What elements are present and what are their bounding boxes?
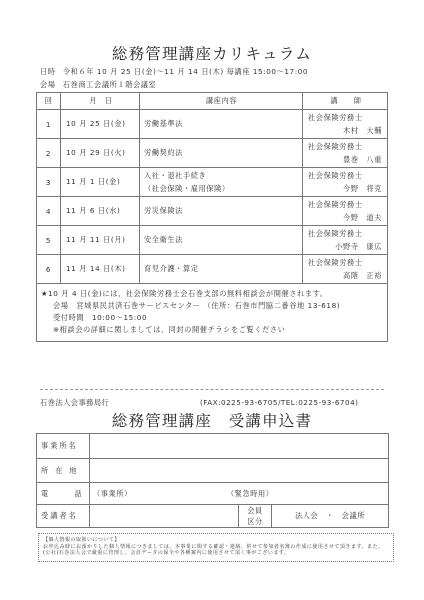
application-form: 事業所名 所在地 電 話 （事業所） （緊急時用） 受講者名 会員 区分 法人会… — [36, 433, 389, 528]
date-label: 日時 — [40, 67, 60, 77]
table-row: 4 11 月 6 日(水) 労災保険法 社会保険労務士 今野 道夫 — [37, 197, 388, 226]
session-date: 10 月 29 日(火) — [61, 139, 140, 168]
member-category-label: 会員 区分 — [239, 505, 272, 528]
table-row: 6 11 月 14 日(木) 育児介護・算定 社会保険労務士 高階 正裕 — [37, 255, 388, 284]
phone-label-char-2: 話 — [75, 489, 82, 499]
header-topic: 講座内容 — [140, 93, 303, 110]
form-row-phone: 電 話 （事業所） （緊急時用） — [37, 483, 389, 505]
phone-label: 電 話 — [37, 483, 90, 505]
schedule-line: 日時 令和６年 10 月 25 日(金)～11 月 14 日(木) 毎講座 15… — [40, 67, 308, 77]
session-lecturer: 社会保険労務士 小野寺 康広 — [303, 226, 388, 255]
date-value: 令和６年 10 月 25 日(金)～11 月 14 日(木) 毎講座 15:00… — [63, 67, 308, 76]
session-topic: 育児介護・算定 — [140, 255, 303, 284]
lecturer-name: 小野寺 康広 — [308, 242, 384, 252]
session-no: 5 — [37, 226, 61, 255]
lecturer-title: 社会保険労務士 — [308, 229, 384, 239]
session-lecturer: 社会保険労務士 木村 大輔 — [303, 110, 388, 139]
session-topic: 安全衛生法 — [140, 226, 303, 255]
phone-emergency-label: （緊急時用） — [227, 489, 274, 498]
lecturer-title: 社会保険労務士 — [308, 258, 384, 268]
lecturer-name: 高階 正裕 — [308, 271, 384, 281]
phone-field[interactable]: （事業所） （緊急時用） — [90, 483, 389, 505]
header-no: 回 — [37, 93, 61, 110]
session-lecturer: 社会保険労務士 今野 道夫 — [303, 197, 388, 226]
session-date: 11 月 14 日(木) — [61, 255, 140, 284]
header-lecturer: 講 師 — [303, 93, 388, 110]
notice-line-4: ※相談会の詳細に関しましては、同封の開催チラシをご覧ください — [41, 324, 383, 336]
office-addressee: 石巻法人会事務局行 — [40, 398, 109, 408]
lecturer-name: 豊巻 八重 — [308, 155, 384, 165]
notice-row: ★10 月 4 日(金)には、社会保険労務士会石巻支部の無料相談会が開催されます… — [37, 284, 388, 342]
attendee-label: 受講者名 — [37, 505, 90, 528]
lecturer-title: 社会保険労務士 — [308, 171, 384, 181]
session-topic: 労働契約法 — [140, 139, 303, 168]
business-name-label: 事業所名 — [37, 434, 90, 459]
attendee-field[interactable] — [90, 505, 239, 528]
table-row: 3 11 月 1 日(金) 入社・退社手続き （社会保険・雇用保険） 社会保険労… — [37, 168, 388, 197]
session-topic: 労災保険法 — [140, 197, 303, 226]
phone-label-char-1: 電 — [41, 489, 48, 499]
consultation-notice: ★10 月 4 日(金)には、社会保険労務士会石巻支部の無料相談会が開催されます… — [37, 284, 388, 342]
table-header-row: 回 月 日 講座内容 講 師 — [37, 93, 388, 110]
session-no: 1 — [37, 110, 61, 139]
session-lecturer: 社会保険労務士 高階 正裕 — [303, 255, 388, 284]
topic-line-2: （社会保険・雇用保険） — [144, 184, 299, 194]
lecturer-name: 今野 将克 — [308, 184, 384, 194]
notice-line-2: 会場 宮城県民共済石巻サービスセンター （住所：石巻市門脇二番谷地 13-618… — [41, 300, 383, 312]
session-date: 10 月 25 日(金) — [61, 110, 140, 139]
member-label-line-2: 区分 — [242, 516, 268, 527]
address-field[interactable] — [90, 459, 389, 483]
session-lecturer: 社会保険労務士 豊巻 八重 — [303, 139, 388, 168]
address-label: 所在地 — [37, 459, 90, 483]
venue-label: 会場 — [40, 80, 60, 90]
notice-line-1: ★10 月 4 日(金)には、社会保険労務士会石巻支部の無料相談会が開催されます… — [41, 288, 383, 300]
member-category-options[interactable]: 法人会 ・ 会議所 — [272, 505, 389, 528]
privacy-notice: 【個人情報の取扱いについて】 お申込み時にお預かりした個人情報につきましては、本… — [38, 533, 394, 562]
header-date: 月 日 — [61, 93, 140, 110]
lecturer-name: 今野 道夫 — [308, 213, 384, 223]
curriculum-title: 総務管理講座カリキュラム — [0, 42, 424, 64]
notice-line-3: 受付時間 10:00～15:00 — [41, 312, 383, 324]
session-date: 11 月 6 日(水) — [61, 197, 140, 226]
lecturer-title: 社会保険労務士 — [308, 200, 384, 210]
form-row-attendee: 受講者名 会員 区分 法人会 ・ 会議所 — [37, 505, 389, 528]
lecturer-title: 社会保険労務士 — [308, 142, 384, 152]
table-row: 2 10 月 29 日(火) 労働契約法 社会保険労務士 豊巻 八重 — [37, 139, 388, 168]
application-title: 総務管理講座 受講申込書 — [0, 409, 424, 431]
session-topic: 労働基準法 — [140, 110, 303, 139]
business-name-field[interactable] — [90, 434, 389, 459]
curriculum-table: 回 月 日 講座内容 講 師 1 10 月 25 日(金) 労働基準法 社会保険… — [36, 92, 388, 342]
cut-line-divider — [40, 389, 384, 390]
privacy-body: お申込み時にお預かりした個人情報につきましては、本事業に関する確認・連絡、併せて… — [43, 544, 389, 557]
session-no: 2 — [37, 139, 61, 168]
session-lecturer: 社会保険労務士 今野 将克 — [303, 168, 388, 197]
session-date: 11 月 11 日(月) — [61, 226, 140, 255]
session-no: 4 — [37, 197, 61, 226]
venue-line: 会場 石巻商工会議所１階会議室 — [40, 80, 156, 90]
member-label-line-1: 会員 — [242, 505, 268, 516]
table-row: 5 11 月 11 日(月) 安全衛生法 社会保険労務士 小野寺 康広 — [37, 226, 388, 255]
session-date: 11 月 1 日(金) — [61, 168, 140, 197]
lecturer-name: 木村 大輔 — [308, 126, 384, 136]
table-row: 1 10 月 25 日(金) 労働基準法 社会保険労務士 木村 大輔 — [37, 110, 388, 139]
lecturer-title: 社会保険労務士 — [308, 113, 384, 123]
venue-value: 石巻商工会議所１階会議室 — [63, 80, 156, 89]
session-no: 3 — [37, 168, 61, 197]
phone-office-label: （事業所） — [93, 489, 132, 498]
form-row-business: 事業所名 — [37, 434, 389, 459]
form-row-address: 所在地 — [37, 459, 389, 483]
office-contact: (FAX:0225-93-6705/TEL:0225-93-6704) — [200, 398, 358, 407]
session-no: 6 — [37, 255, 61, 284]
session-topic: 入社・退社手続き （社会保険・雇用保険） — [140, 168, 303, 197]
topic-line-1: 入社・退社手続き — [144, 171, 299, 181]
